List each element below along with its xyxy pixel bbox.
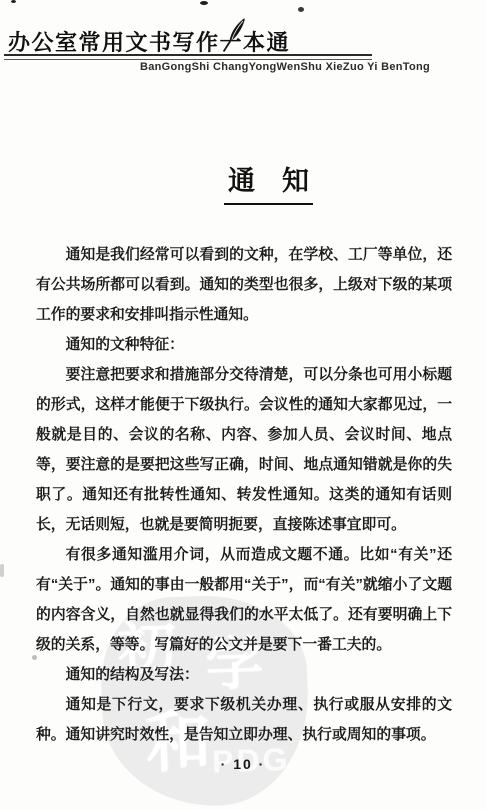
scan-speck <box>298 7 304 12</box>
paragraph-intro: 通知是我们经常可以看到的文种，在学校、工厂等单位，还有公共场所都可以看到。通知的… <box>36 240 452 330</box>
header-rule <box>4 54 372 60</box>
page-number: · 10 · <box>0 756 486 772</box>
scan-speck <box>200 1 208 5</box>
chapter-title: 通 知 <box>224 159 313 205</box>
quill-icon <box>219 14 250 55</box>
body-text: 通知是我们经常可以看到的文种，在学校、工厂等单位，还有公共场所都可以看到。通知的… <box>36 240 452 750</box>
section-heading-features: 通知的文种特征： <box>36 330 452 360</box>
paragraph-features: 要注意把要求和措施部分交待清楚，可以分条也可用小标题的形式，这样才能便于下级执行… <box>36 360 452 540</box>
scan-speck <box>11 0 16 3</box>
section-heading-structure: 通知的结构及写法： <box>36 660 452 690</box>
paragraph-usage: 有很多通知滥用介词，从而造成文题不通。比如“有关”还有“关于”。通知的事由一般都… <box>36 540 452 660</box>
paragraph-structure: 通知是下行文，要求下级机关办理、执行或服从安排的文种。通知讲究时效性，是告知立即… <box>36 690 452 750</box>
book-title-pinyin: BanGongShi ChangYongWenShu XieZuo Yi Ben… <box>140 61 430 73</box>
scan-speck <box>0 564 4 577</box>
scanned-book-page: 办公室常用文书写作一本通 BanGongShi ChangYongWenShu … <box>0 0 486 810</box>
